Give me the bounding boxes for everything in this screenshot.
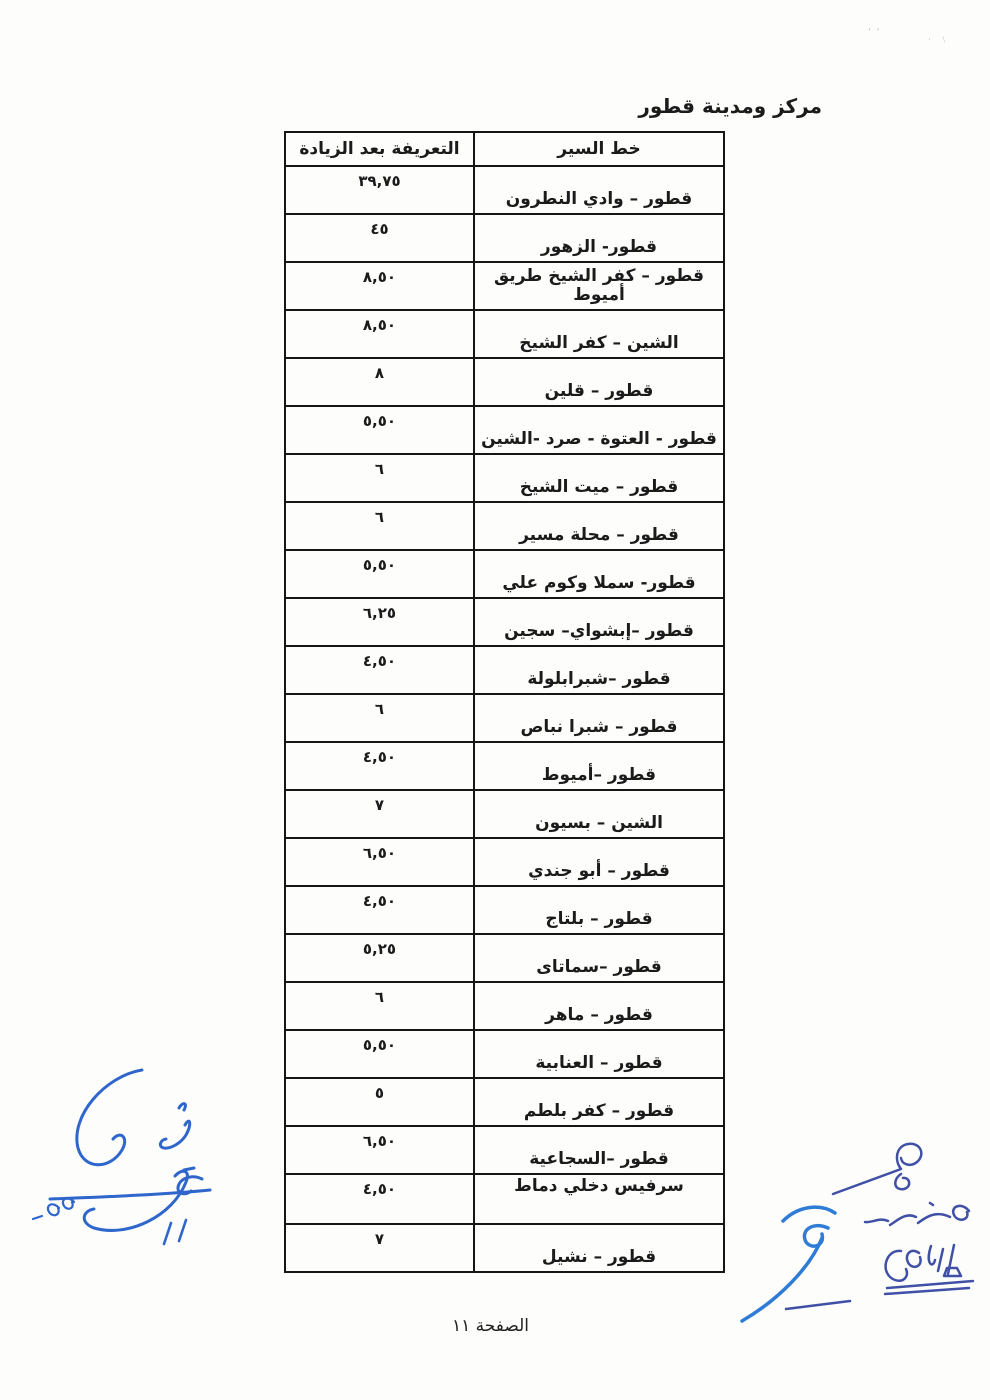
table-row: الشين – بسيون٧ — [285, 790, 724, 838]
handwritten-signature-left — [30, 1048, 270, 1273]
route-cell: الشين – كفر الشيخ — [474, 310, 724, 358]
route-cell: قطور – محلة مسير — [474, 502, 724, 550]
tariff-cell: ٤,٥٠ — [285, 646, 474, 694]
tariff-cell: ٨,٥٠ — [285, 310, 474, 358]
route-cell: قطور –السجاعية — [474, 1126, 724, 1174]
route-cell: قطور – كفر الشيخ طريق أميوط — [474, 262, 724, 310]
table-row: قطور –أميوط٤,٥٠ — [285, 742, 724, 790]
tariff-cell: ٨,٥٠ — [285, 262, 474, 310]
tariff-cell: ٤٥ — [285, 214, 474, 262]
table-row: قطور – كفر الشيخ طريق أميوط٨,٥٠ — [285, 262, 724, 310]
tariff-cell: ٦ — [285, 982, 474, 1030]
table-row: سرفيس دخلي دماط٤,٥٠ — [285, 1174, 724, 1224]
scan-artifact: · ﹨ — [928, 32, 948, 45]
table-header-row: خط السير التعريفة بعد الزيادة — [285, 132, 724, 166]
table-row: قطور – ماهر٦ — [285, 982, 724, 1030]
table-row: قطور –السجاعية٦,٥٠ — [285, 1126, 724, 1174]
route-cell: قطور – كفر بلطم — [474, 1078, 724, 1126]
tariff-cell: ٦,٥٠ — [285, 1126, 474, 1174]
route-cell: قطور – العنابية — [474, 1030, 724, 1078]
table-row: قطور - العتوة - صرد -الشين٥,٥٠ — [285, 406, 724, 454]
tariff-cell: ٤,٥٠ — [285, 886, 474, 934]
table-row: قطور – شبرا نباص٦ — [285, 694, 724, 742]
route-cell: قطور – وادي النطرون — [474, 166, 724, 214]
route-cell: قطور –إبشواي– سجين — [474, 598, 724, 646]
table-row: قطور – أبو جندي٦,٥٠ — [285, 838, 724, 886]
tariff-cell: ٤,٥٠ — [285, 1174, 474, 1224]
table-row: قطور – قلين٨ — [285, 358, 724, 406]
route-cell: الشين – بسيون — [474, 790, 724, 838]
tariff-cell: ٣٩,٧٥ — [285, 166, 474, 214]
route-cell: قطور – نشيل — [474, 1224, 724, 1272]
tariff-cell: ٦ — [285, 502, 474, 550]
route-cell: سرفيس دخلي دماط — [474, 1174, 724, 1224]
tariff-cell: ٧ — [285, 1224, 474, 1272]
table-row: قطور- الزهور٤٥ — [285, 214, 724, 262]
table-row: قطور – كفر بلطم٥ — [285, 1078, 724, 1126]
tariff-table: خط السير التعريفة بعد الزيادة قطور – واد… — [284, 131, 725, 1273]
route-cell: قطور- الزهور — [474, 214, 724, 262]
route-cell: قطور – بلتاج — [474, 886, 724, 934]
tariff-cell: ٦ — [285, 454, 474, 502]
page-title: مركز ومدينة قطور — [638, 94, 822, 118]
route-cell: قطور – شبرا نباص — [474, 694, 724, 742]
handwritten-signature-right — [738, 1118, 990, 1353]
tariff-cell: ٥,٢٥ — [285, 934, 474, 982]
route-cell: قطور –أميوط — [474, 742, 724, 790]
route-cell: قطور –سماتاى — [474, 934, 724, 982]
route-cell: قطور – قلين — [474, 358, 724, 406]
table-row: قطور – بلتاج٤,٥٠ — [285, 886, 724, 934]
tariff-cell: ٦ — [285, 694, 474, 742]
route-cell: قطور – ماهر — [474, 982, 724, 1030]
table-row: قطور – محلة مسير٦ — [285, 502, 724, 550]
table-row: قطور – العنابية٥,٥٠ — [285, 1030, 724, 1078]
tariff-cell: ٧ — [285, 790, 474, 838]
table-row: قطور – ميت الشيخ٦ — [285, 454, 724, 502]
table-row: قطور- سملا وكوم علي٥,٥٠ — [285, 550, 724, 598]
route-cell: قطور - العتوة - صرد -الشين — [474, 406, 724, 454]
tariff-cell: ٤,٥٠ — [285, 742, 474, 790]
route-cell: قطور- سملا وكوم علي — [474, 550, 724, 598]
route-cell: قطور – أبو جندي — [474, 838, 724, 886]
tariff-column-header: التعريفة بعد الزيادة — [285, 132, 474, 166]
table-row: قطور – وادي النطرون٣٩,٧٥ — [285, 166, 724, 214]
page-number: الصفحة ١١ — [452, 1316, 529, 1336]
tariff-cell: ٦,٢٥ — [285, 598, 474, 646]
scanned-document-page: مركز ومدينة قطور ٬ ٬ · ﹨ خط السير التعري… — [0, 0, 990, 1400]
tariff-cell: ٥,٥٠ — [285, 406, 474, 454]
tariff-cell: ٨ — [285, 358, 474, 406]
table-row: قطور –شبرابلولة٤,٥٠ — [285, 646, 724, 694]
scan-artifact: ٬ ٬ — [868, 28, 879, 38]
tariff-cell: ٥,٥٠ — [285, 550, 474, 598]
table-row: قطور –سماتاى٥,٢٥ — [285, 934, 724, 982]
tariff-cell: ٥,٥٠ — [285, 1030, 474, 1078]
route-cell: قطور –شبرابلولة — [474, 646, 724, 694]
table-row: قطور – نشيل٧ — [285, 1224, 724, 1272]
table-row: قطور –إبشواي– سجين٦,٢٥ — [285, 598, 724, 646]
tariff-cell: ٥ — [285, 1078, 474, 1126]
route-column-header: خط السير — [474, 132, 724, 166]
tariff-cell: ٦,٥٠ — [285, 838, 474, 886]
table-row: الشين – كفر الشيخ٨,٥٠ — [285, 310, 724, 358]
route-cell: قطور – ميت الشيخ — [474, 454, 724, 502]
